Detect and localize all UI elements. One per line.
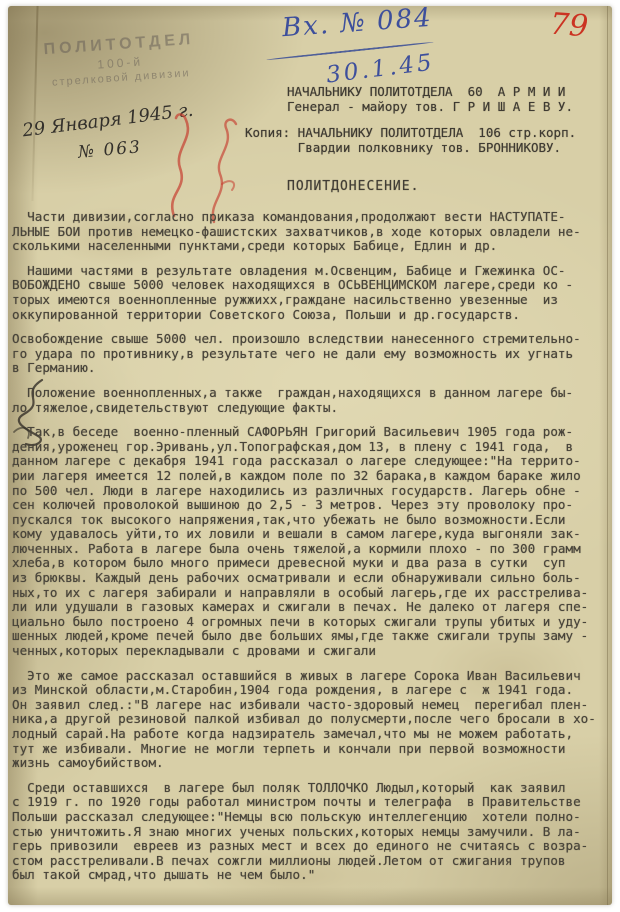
- incoming-date-note: 30.1.45: [325, 49, 436, 88]
- body-paragraph: Так,в беседе военно-пленный САФОРЬЯН Гри…: [12, 425, 612, 659]
- copy-recipient-block: Копия: НАЧАЛЬНИКУ ПОЛИТОТДЕЛА 106 стр.ко…: [245, 125, 576, 155]
- incoming-number-note: Вх. № 084: [281, 3, 434, 43]
- document-body: Части дивизии,согласно приказа командова…: [12, 210, 612, 893]
- body-paragraph: Положение военнопленных,а также граждан,…: [12, 386, 612, 415]
- paper-fold-line: [31, 6, 38, 201]
- division-stamp: ПОЛИТОТДЕЛ 100-й стрелковой дивизии: [29, 30, 212, 90]
- document-title: ПОЛИТДОНЕСЕНИЕ.: [287, 179, 419, 194]
- scanned-document-photo: { "document_type": "Архивный машинописны…: [0, 0, 620, 912]
- document-paper: ПОЛИТОТДЕЛ 100-й стрелковой дивизии 29 Я…: [8, 6, 612, 905]
- handwritten-outgoing-number: № 063: [77, 137, 142, 162]
- page-number: 79: [549, 7, 590, 45]
- body-paragraph: Это же самое рассказал оставшийся в живы…: [12, 669, 612, 771]
- recipient-block: НАЧАЛЬНИКУ ПОЛИТОТДЕЛА 60 А Р М И И Гене…: [287, 84, 573, 114]
- body-paragraph: Части дивизии,согласно приказа командова…: [12, 210, 612, 254]
- body-paragraph: Нашими частями в результате овладения м.…: [12, 264, 612, 322]
- body-paragraph: Среди оставшихся в лагере был поляк ТОЛЛ…: [12, 781, 612, 883]
- body-paragraph: Освобождение свыше 5000 чел. произошло в…: [12, 332, 612, 376]
